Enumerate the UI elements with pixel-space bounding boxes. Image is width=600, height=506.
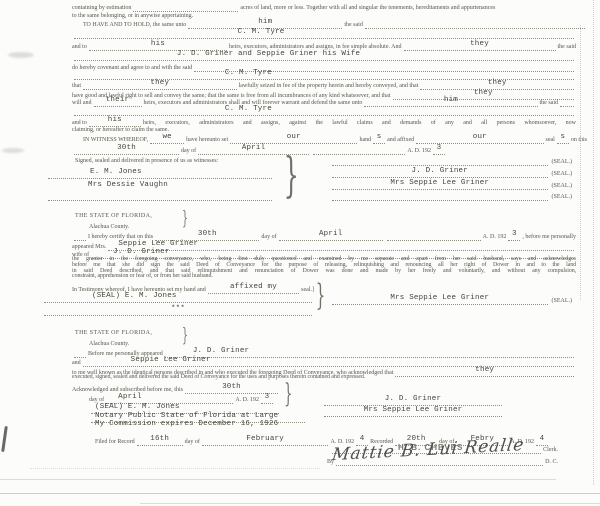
brace-notary1-signature: }	[316, 281, 326, 311]
scan-artifact-horizontal-line	[0, 493, 600, 494]
seal-label: (SEAL.)	[552, 158, 573, 166]
dotted-blank: ***	[44, 297, 312, 316]
dotted-blank: February	[202, 427, 329, 446]
dotted-blank: 3	[433, 136, 445, 155]
notary2-right-signature-2: Mrs Seppie Lee Griner	[322, 407, 504, 417]
dc-label: D. C.	[545, 458, 558, 466]
typed-our: our	[473, 133, 487, 141]
printed-text: Alachua County.	[89, 223, 129, 231]
dotted-blank	[336, 465, 543, 466]
clerk-label: Clerk.	[543, 446, 558, 454]
blank: Mrs Dessie Vaughn	[48, 173, 272, 191]
printed-text: A. D. 192	[407, 147, 431, 155]
printed-text: Filed for Record	[95, 438, 135, 446]
typed-seppie-lee-griner: Mrs Seppie Lee Griner	[364, 406, 463, 414]
seal-label: (SEAL.)	[552, 182, 573, 190]
seal-label: (SEAL.)	[552, 193, 573, 201]
typed-griner-couple: J. D. Griner and Seppie Griner his Wife	[177, 50, 360, 58]
brace-witnesses: }	[284, 151, 299, 199]
dotted-blank: J. D. Griner and Seppie Griner his Wife	[74, 42, 574, 61]
typed-february: February	[246, 435, 284, 443]
printed-text: THE STATE OF FLORIDA,	[75, 212, 152, 220]
typed-s: s	[560, 133, 565, 141]
seal-label: (SEAL.)	[552, 297, 573, 305]
typed-asterisks: ***	[171, 305, 185, 313]
line-date-of-execution: 30th day of April A. D. 192 3	[72, 145, 447, 155]
scan-artifact-vertical-line	[593, 0, 594, 485]
dotted-blank: C. M. Tyre	[74, 97, 574, 116]
witness-signature-2: Mrs Dessie Vaughn	[46, 181, 274, 191]
typed-jd-griner: J. D. Griner	[113, 248, 169, 256]
scan-artifact-dotted-line	[30, 468, 320, 469]
typed-seppie-lee-griner: Seppie Lee Griner	[131, 356, 211, 364]
dotted-blank: 30th	[74, 136, 179, 155]
printed-text: seal	[546, 136, 555, 144]
scan-ink-mark	[1, 426, 8, 452]
printed-text: day of	[185, 438, 200, 446]
scan-smudge	[8, 52, 34, 58]
typed-april: April	[242, 144, 266, 152]
notary1-dower-signature: Mrs Seppie Lee Griner (SEAL.)	[330, 295, 572, 305]
seal-row-4: (SEAL.)	[330, 191, 572, 201]
scan-artifact-horizontal-line	[140, 503, 600, 504]
line-warrant-name: C. M. Tyre	[72, 106, 576, 116]
dotted-blank: s	[557, 125, 569, 144]
typed-seppie-lee-griner: Mrs Seppie Lee Griner	[390, 179, 489, 187]
notary1-paragraph-line-4: constraint, apprehension or fear of, or …	[72, 274, 213, 280]
typed-they: they	[150, 79, 169, 87]
typed-cm-tyre: C. M. Tyre	[237, 28, 284, 36]
scan-artifact-horizontal-line	[0, 479, 556, 480]
dotted-blank: s	[373, 125, 385, 144]
printed-text: day of	[181, 147, 196, 155]
typed-year-4: 4	[540, 435, 545, 443]
scan-artifact-vertical-line	[580, 25, 581, 300]
typed-s: s	[377, 133, 382, 141]
typed-dessie-vaughn: Mrs Dessie Vaughn	[88, 181, 168, 189]
typed-year-4: 4	[360, 435, 365, 443]
printed-text: hand	[359, 136, 371, 144]
printed-text: and affixed	[387, 136, 414, 144]
printed-text: THE STATE OF FLORIDA,	[75, 329, 152, 337]
printed-text: on this	[571, 136, 587, 144]
seal-label: (SEAL.)	[552, 170, 573, 178]
line-grantors-names: J. D. Griner and Seppie Griner his Wife	[72, 51, 576, 61]
scan-smudge	[2, 148, 24, 153]
typed-they: they	[475, 366, 494, 374]
witness-blank-line	[46, 191, 274, 201]
typed-year-3: 3	[437, 144, 442, 152]
notary1-stars-line: ***	[42, 306, 314, 316]
typed-seppie-lee-griner: Mrs Seppie Lee Griner	[390, 294, 489, 302]
typed-cm-tyre: C. M. Tyre	[225, 105, 272, 113]
dotted-blank: Mrs Seppie Lee Griner	[332, 286, 548, 305]
printed-text: and	[72, 359, 81, 367]
dotted-blank: Mrs Seppie Lee Griner	[332, 171, 548, 190]
dotted-blank: they	[395, 358, 574, 377]
typed-his: his	[108, 116, 122, 124]
printed-text: Alachua County.	[89, 340, 129, 348]
typed-30th: 30th	[117, 144, 136, 152]
seal-row-3: Mrs Seppie Lee Griner (SEAL.)	[330, 180, 572, 190]
dotted-blank	[313, 154, 405, 155]
dotted-blank	[48, 200, 272, 201]
dotted-blank	[332, 200, 548, 201]
dotted-blank: 16th	[137, 427, 183, 446]
deed-document-scan: containing by estimation acres of land, …	[0, 0, 600, 506]
dotted-blank: Mrs Seppie Lee Griner	[324, 398, 502, 417]
typed-16th: 16th	[150, 435, 169, 443]
